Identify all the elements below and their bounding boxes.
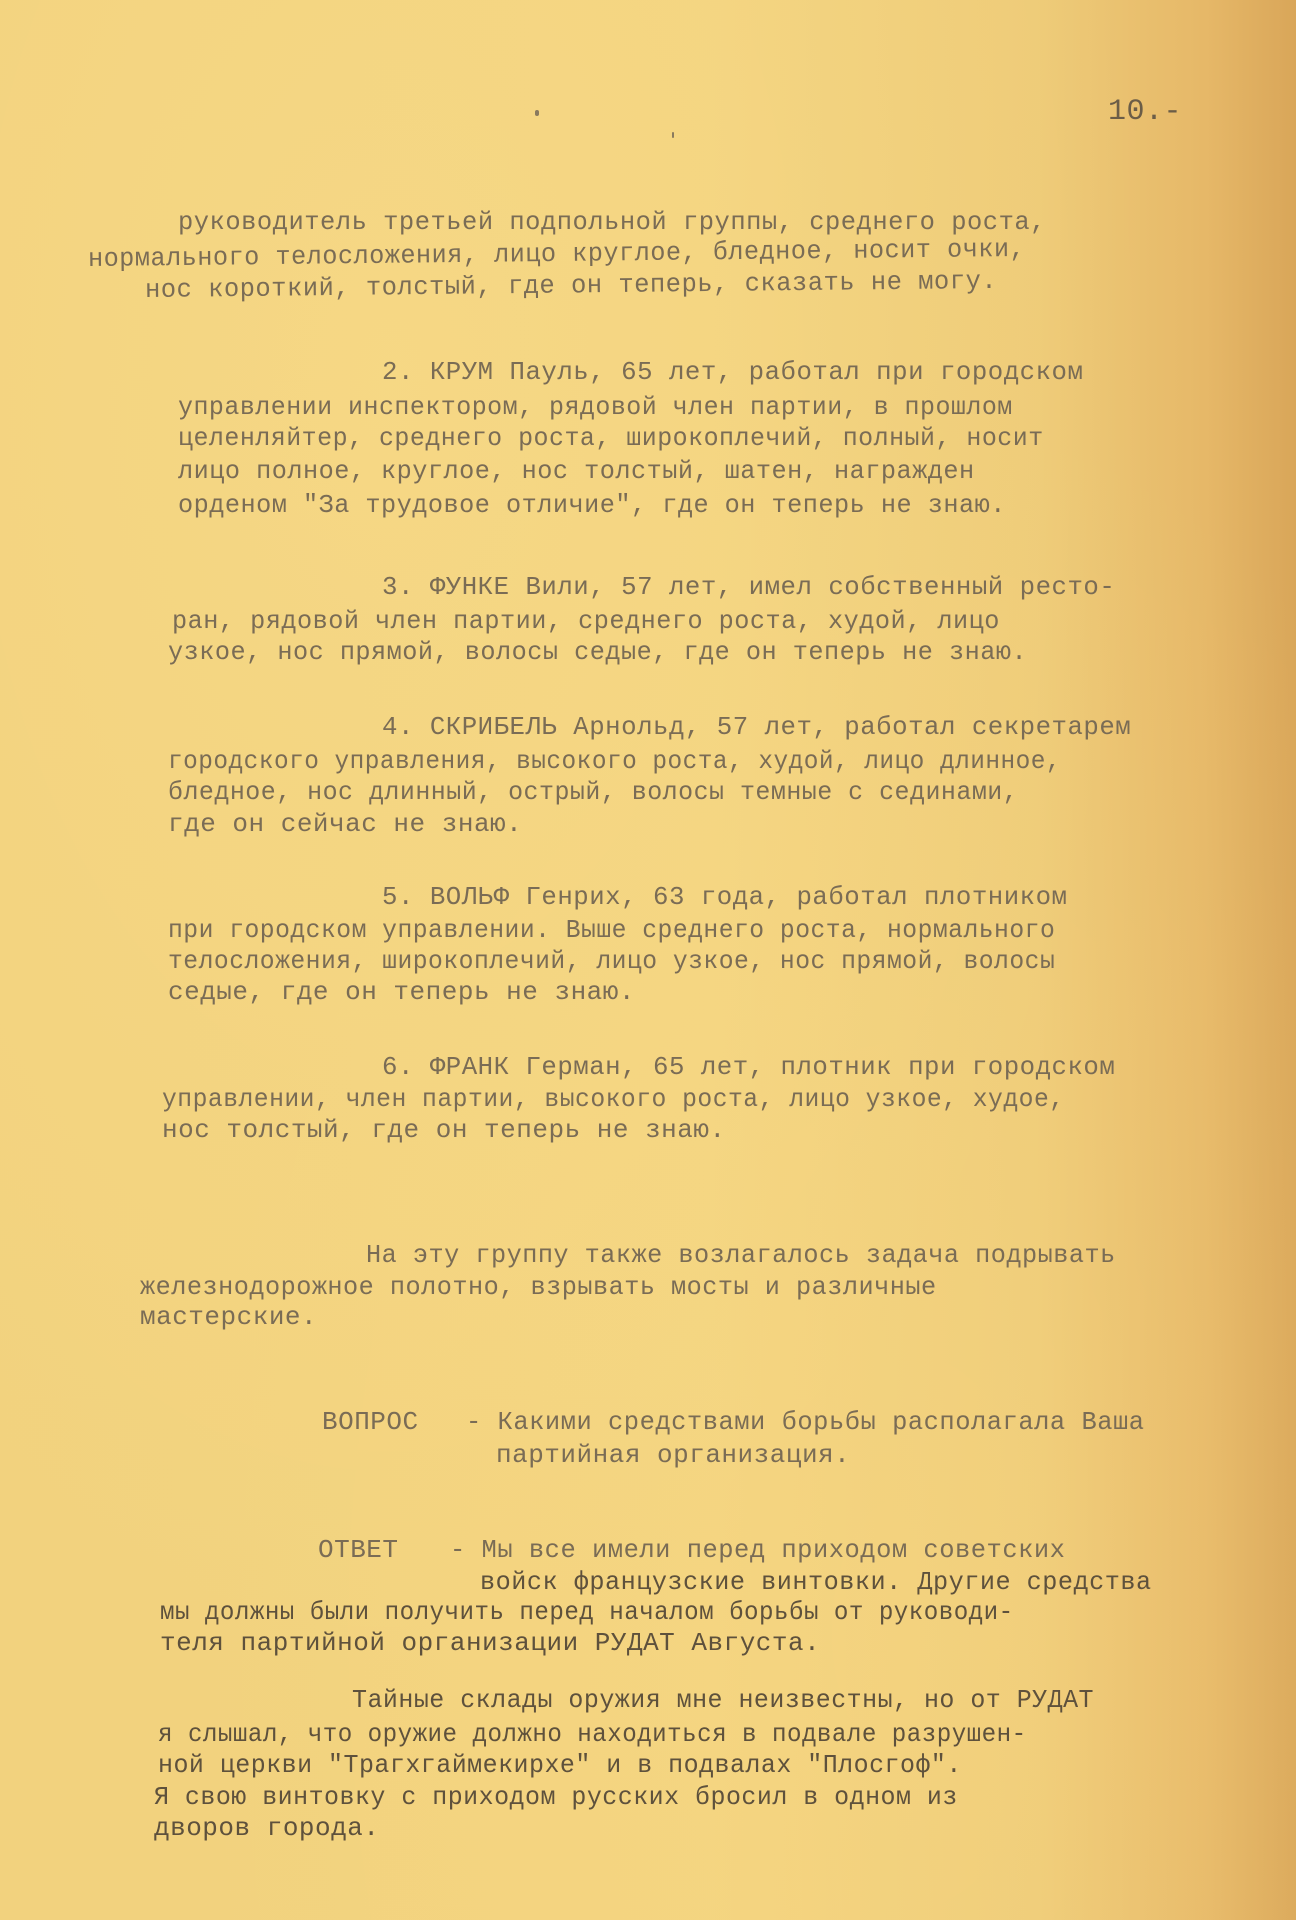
answer-text: войск французские винтовки. Другие средс… bbox=[480, 1567, 1152, 1597]
text-line: железнодорожное полотно, взрывать мосты … bbox=[140, 1272, 937, 1302]
text-line: орденом "За трудовое отличие", где он те… bbox=[178, 490, 1006, 520]
answer-text: мы должны были получить перед началом бо… bbox=[160, 1597, 1014, 1627]
question-text: партийная организация. bbox=[496, 1440, 850, 1470]
text-line: лицо полное, круглое, нос толстый, шатен… bbox=[178, 456, 975, 486]
answer-text: теля партийной организации РУДАТ Августа… bbox=[160, 1628, 820, 1658]
text-line: управлении, член партии, высокого роста,… bbox=[162, 1084, 1065, 1114]
text-line: я слышал, что оружие должно находиться в… bbox=[158, 1719, 1027, 1749]
text-line: целенляйтер, среднего роста, широкоплечи… bbox=[178, 423, 1044, 453]
text-line: На эту группу также возлагалось задача п… bbox=[366, 1240, 1116, 1270]
text-line: дворов города. bbox=[154, 1813, 379, 1843]
text-line: узкое, нос прямой, волосы седые, где он … bbox=[168, 637, 1027, 667]
text-line: ран, рядовой член партии, среднего роста… bbox=[172, 606, 1000, 636]
page-number: 10.- bbox=[1108, 97, 1182, 127]
text-line: при городском управлении. Выше среднего … bbox=[168, 915, 1055, 945]
text-line: 3. ФУНКЕ Вили, 57 лет, имел собственный … bbox=[382, 572, 1115, 602]
text-line: бледное, нос длинный, острый, волосы тем… bbox=[168, 777, 1018, 807]
text-line: Я свою винтовку с приходом русских броси… bbox=[154, 1782, 958, 1812]
text-line: 4. СКРИБЕЛЬ Арнольд, 57 лет, работал сек… bbox=[382, 712, 1131, 742]
text-line: нос толстый, где он теперь не знаю. bbox=[162, 1115, 726, 1145]
text-line: управлении инспектором, рядовой член пар… bbox=[178, 392, 1013, 422]
text-line: 2. КРУМ Пауль, 65 лет, работал при город… bbox=[382, 357, 1083, 387]
text-line: 6. ФРАНК Герман, 65 лет, плотник при гор… bbox=[382, 1052, 1115, 1082]
answer-text: - Мы все имели перед приходом советских bbox=[450, 1535, 1065, 1565]
text-line: Тайные склады оружия мне неизвестны, но … bbox=[352, 1685, 1094, 1715]
text-line: ной церкви "Трагхгаймекирхе" и в подвала… bbox=[158, 1750, 962, 1780]
text-line: телосложения, широкоплечий, лицо узкое, … bbox=[168, 946, 1055, 976]
text-line: 5. ВОЛЬФ Генрих, 63 года, работал плотни… bbox=[382, 882, 1067, 912]
question-label: ВОПРОС bbox=[322, 1407, 419, 1437]
answer-label: ОТВЕТ bbox=[318, 1535, 399, 1565]
text-line: седые, где он теперь не знаю. bbox=[168, 977, 635, 1007]
question-text: - Какими средствами борьбы располагала В… bbox=[466, 1407, 1145, 1437]
text-line: мастерские. bbox=[140, 1302, 317, 1332]
text-line: руководитель третьей подпольной группы, … bbox=[178, 207, 1046, 237]
stray-mark bbox=[672, 132, 674, 138]
stray-mark bbox=[535, 110, 539, 116]
text-line: городского управления, высокого роста, х… bbox=[168, 746, 1061, 776]
document-page: 10.- руководитель третьей подпольной гру… bbox=[0, 0, 1296, 1920]
text-line: где он сейчас не знаю. bbox=[168, 809, 522, 839]
